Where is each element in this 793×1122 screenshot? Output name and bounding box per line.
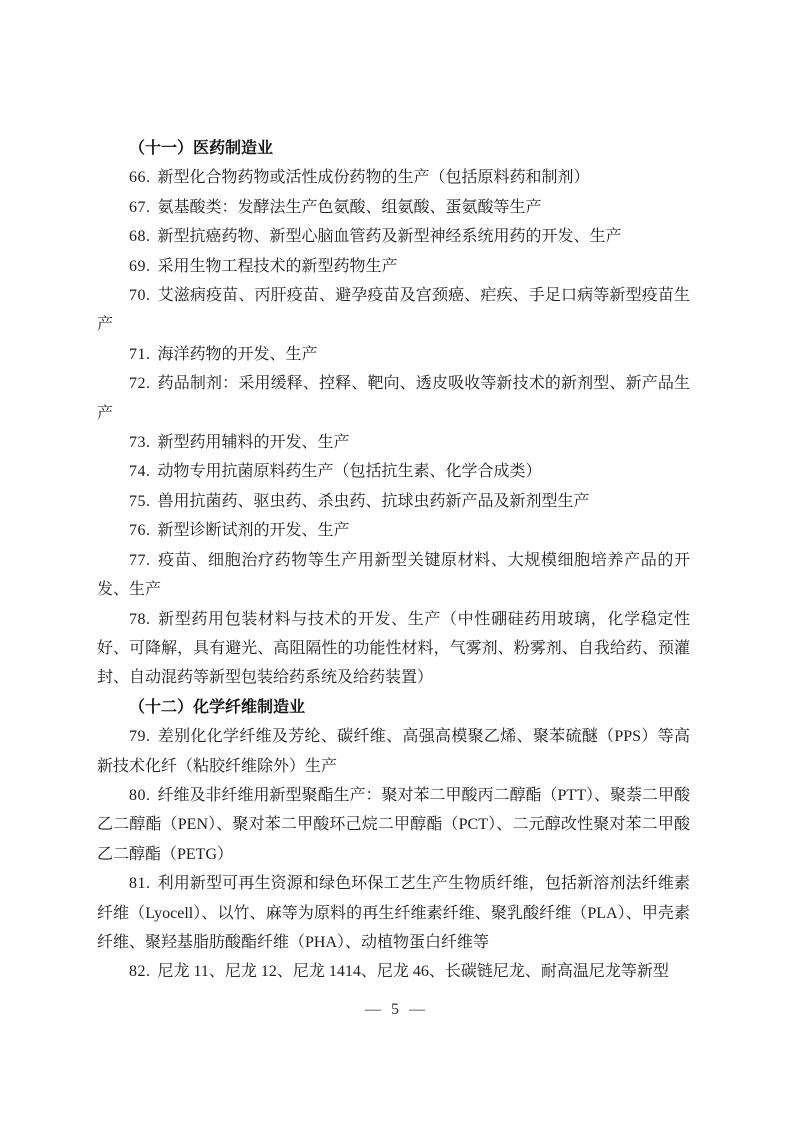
document-body: （十一）医药制造业 66.新型化合物药物或活性成份药物的生产（包括原料药和制剂）… bbox=[97, 134, 690, 987]
item-number: 66. bbox=[129, 169, 151, 186]
item-text: 新型药用辅料的开发、生产 bbox=[158, 434, 350, 451]
section-heading-chemfiber: （十二）化学纤维制造业 bbox=[97, 693, 690, 722]
list-item-66: 66.新型化合物药物或活性成份药物的生产（包括原料药和制剂） bbox=[97, 163, 690, 192]
item-text: 新型化合物药物或活性成份药物的生产（包括原料药和制剂） bbox=[158, 169, 590, 186]
item-number: 68. bbox=[129, 228, 151, 245]
item-text: 海洋药物的开发、生产 bbox=[158, 346, 318, 363]
list-item-72: 72.药品制剂：采用缓释、控释、靶向、透皮吸收等新技术的新剂型、新产品生产 bbox=[97, 369, 690, 428]
item-text: 利用新型可再生资源和绿色环保工艺生产生物质纤维，包括新溶剂法纤维素纤维（Lyoc… bbox=[97, 875, 690, 951]
item-text: 药品制剂：采用缓释、控释、靶向、透皮吸收等新技术的新剂型、新产品生产 bbox=[97, 375, 690, 421]
page-number: — 5 — bbox=[0, 1001, 793, 1019]
item-number: 70. bbox=[129, 287, 151, 304]
item-number: 81. bbox=[129, 875, 151, 892]
list-item-82: 82.尼龙 11、尼龙 12、尼龙 1414、尼龙 46、长碳链尼龙、耐高温尼龙… bbox=[97, 957, 690, 986]
list-item-77: 77.疫苗、细胞治疗药物等生产用新型关键原材料、大规模细胞培养产品的开发、生产 bbox=[97, 546, 690, 605]
item-number: 74. bbox=[129, 463, 151, 480]
item-text: 氨基酸类：发酵法生产色氨酸、组氨酸、蛋氨酸等生产 bbox=[158, 199, 542, 216]
item-text: 差别化化学纤维及芳纶、碳纤维、高强高模聚乙烯、聚苯硫醚（PPS）等高新技术化纤（… bbox=[97, 728, 690, 774]
list-item-70: 70.艾滋病疫苗、丙肝疫苗、避孕疫苗及宫颈癌、疟疾、手足口病等新型疫苗生产 bbox=[97, 281, 690, 340]
item-text: 新型抗癌药物、新型心脑血管药及新型神经系统用药的开发、生产 bbox=[158, 228, 622, 245]
list-item-79: 79.差别化化学纤维及芳纶、碳纤维、高强高模聚乙烯、聚苯硫醚（PPS）等高新技术… bbox=[97, 722, 690, 781]
list-item-69: 69.采用生物工程技术的新型药物生产 bbox=[97, 252, 690, 281]
item-number: 73. bbox=[129, 434, 151, 451]
item-text: 动物专用抗菌原料药生产（包括抗生素、化学合成类） bbox=[158, 463, 542, 480]
item-number: 67. bbox=[129, 199, 151, 216]
document-page: （十一）医药制造业 66.新型化合物药物或活性成份药物的生产（包括原料药和制剂）… bbox=[0, 0, 793, 1122]
list-item-71: 71.海洋药物的开发、生产 bbox=[97, 340, 690, 369]
item-text: 采用生物工程技术的新型药物生产 bbox=[158, 258, 398, 275]
item-number: 79. bbox=[129, 728, 151, 745]
item-text: 纤维及非纤维用新型聚酯生产：聚对苯二甲酸丙二醇酯（PTT）、聚萘二甲酸乙二醇酯（… bbox=[97, 787, 690, 863]
list-item-75: 75.兽用抗菌药、驱虫药、杀虫药、抗球虫药新产品及新剂型生产 bbox=[97, 487, 690, 516]
item-text: 兽用抗菌药、驱虫药、杀虫药、抗球虫药新产品及新剂型生产 bbox=[158, 493, 590, 510]
item-number: 80. bbox=[129, 787, 151, 804]
section-heading-pharma: （十一）医药制造业 bbox=[97, 134, 690, 163]
item-number: 72. bbox=[129, 375, 151, 392]
item-text: 新型药用包装材料与技术的开发、生产（中性硼硅药用玻璃，化学稳定性好、可降解，具有… bbox=[97, 611, 690, 687]
list-item-81: 81.利用新型可再生资源和绿色环保工艺生产生物质纤维，包括新溶剂法纤维素纤维（L… bbox=[97, 869, 690, 957]
item-number: 75. bbox=[129, 493, 151, 510]
item-text: 新型诊断试剂的开发、生产 bbox=[158, 522, 350, 539]
item-text: 疫苗、细胞治疗药物等生产用新型关键原材料、大规模细胞培养产品的开发、生产 bbox=[97, 552, 690, 598]
item-number: 76. bbox=[129, 522, 151, 539]
item-text: 艾滋病疫苗、丙肝疫苗、避孕疫苗及宫颈癌、疟疾、手足口病等新型疫苗生产 bbox=[97, 287, 690, 333]
item-text: 尼龙 11、尼龙 12、尼龙 1414、尼龙 46、长碳链尼龙、耐高温尼龙等新型 bbox=[158, 963, 669, 980]
list-item-67: 67.氨基酸类：发酵法生产色氨酸、组氨酸、蛋氨酸等生产 bbox=[97, 193, 690, 222]
item-number: 82. bbox=[129, 963, 151, 980]
item-number: 78. bbox=[129, 611, 151, 628]
list-item-68: 68.新型抗癌药物、新型心脑血管药及新型神经系统用药的开发、生产 bbox=[97, 222, 690, 251]
item-number: 77. bbox=[129, 552, 151, 569]
list-item-78: 78.新型药用包装材料与技术的开发、生产（中性硼硅药用玻璃，化学稳定性好、可降解… bbox=[97, 605, 690, 693]
list-item-74: 74.动物专用抗菌原料药生产（包括抗生素、化学合成类） bbox=[97, 457, 690, 486]
list-item-76: 76.新型诊断试剂的开发、生产 bbox=[97, 516, 690, 545]
item-number: 71. bbox=[129, 346, 151, 363]
list-item-73: 73.新型药用辅料的开发、生产 bbox=[97, 428, 690, 457]
list-item-80: 80.纤维及非纤维用新型聚酯生产：聚对苯二甲酸丙二醇酯（PTT）、聚萘二甲酸乙二… bbox=[97, 781, 690, 869]
item-number: 69. bbox=[129, 258, 151, 275]
